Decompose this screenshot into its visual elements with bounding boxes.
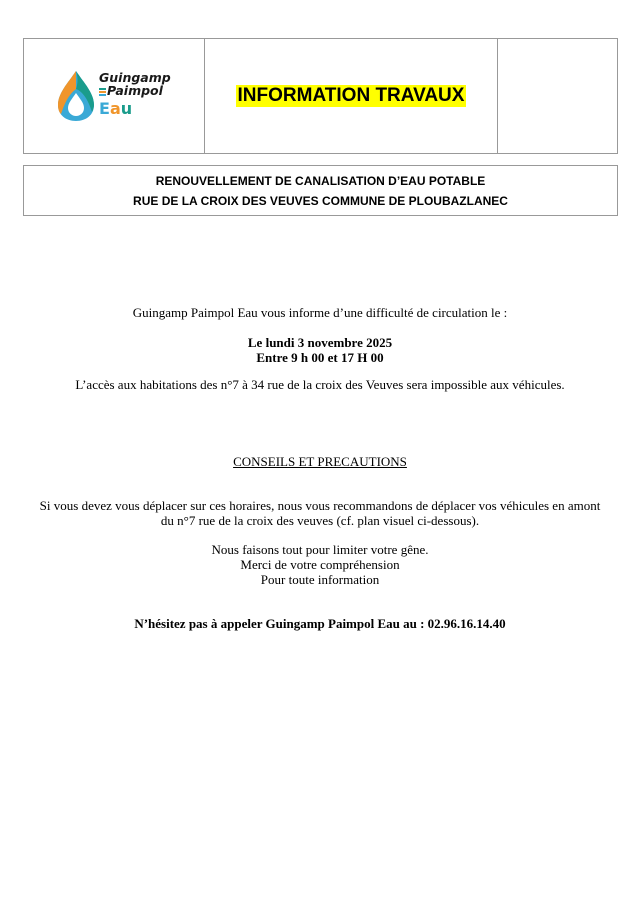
advice-line-2: du n°7 rue de la croix des veuves (cf. p… (30, 513, 610, 528)
closing-line-3: Pour toute information (30, 572, 610, 587)
access-text: L’accès aux habitations des n°7 à 34 rue… (30, 377, 610, 392)
date-text: Le lundi 3 novembre 2025 (30, 335, 610, 350)
document-title: INFORMATION TRAVAUX (236, 85, 467, 107)
title-cell: INFORMATION TRAVAUX (205, 39, 498, 153)
hours-text: Entre 9 h 00 et 17 H 00 (30, 350, 610, 365)
logo-wordmark: Guingamp Paimpol (99, 71, 171, 97)
subject-line-2: RUE DE LA CROIX DES VEUVES COMMUNE DE PL… (24, 191, 617, 211)
advice-line-1: Si vous devez vous déplacer sur ces hora… (30, 498, 610, 513)
subject-line-1: RENOUVELLEMENT DE CANALISATION D’EAU POT… (24, 171, 617, 191)
subject-box: RENOUVELLEMENT DE CANALISATION D’EAU POT… (23, 165, 618, 216)
water-drop-icon (56, 69, 96, 123)
closing-line-1: Nous faisons tout pour limiter votre gên… (30, 542, 610, 557)
advice-heading: CONSEILS ET PRECAUTIONS (30, 454, 610, 469)
header-table: Guingamp Paimpol Eau INFORMATION TRAVAUX (23, 38, 618, 154)
intro-text: Guingamp Paimpol Eau vous informe d’une … (30, 305, 610, 320)
stripes-icon (99, 87, 106, 97)
logo-eau: Eau (99, 99, 132, 118)
guingamp-paimpol-eau-logo: Guingamp Paimpol Eau (56, 69, 196, 129)
logo-line-paimpol: Paimpol (99, 84, 171, 97)
empty-cell (498, 39, 617, 153)
closing-line-2: Merci de votre compréhension (30, 557, 610, 572)
logo-cell: Guingamp Paimpol Eau (24, 39, 205, 153)
contact-text: N’hésitez pas à appeler Guingamp Paimpol… (30, 616, 610, 631)
